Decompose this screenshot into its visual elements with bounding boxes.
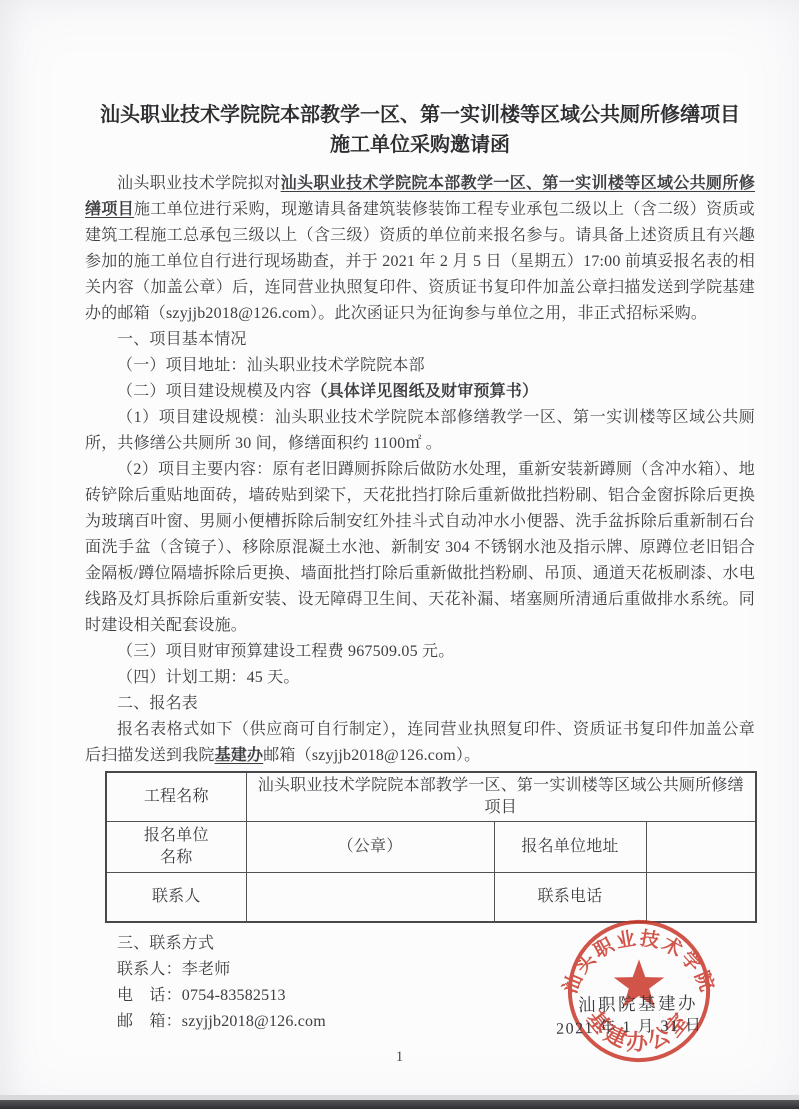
intro-rest: 施工单位进行采购，现邀请具备建筑装修装饰工程专业承包二级以上（含二级）资质或建筑… (85, 201, 755, 322)
intro-prefix: 汕头职业技术学院拟对 (117, 175, 281, 192)
project-name-label: 工程名称 (106, 772, 246, 822)
project-name-value: 汕头职业技术学院院本部教学一区、第一实训楼等区域公共厕所修缮项目 (246, 772, 756, 822)
section1-item-content: （2）项目主要内容：原有老旧蹲厕拆除后做防水处理，重新安装新蹲厕（含冲水箱）、地… (85, 457, 755, 639)
document-title-line2: 施工单位采购邀请函 (85, 130, 755, 160)
section2-heading: 二、报名表 (85, 691, 755, 717)
contact-person-label: 联系人 (106, 873, 246, 923)
section1-item-duration: （四）计划工期：45 天。 (85, 665, 755, 691)
company-seal-hint: （公章） (338, 838, 403, 855)
document-title-line1: 汕头职业技术学院院本部教学一区、第一实训楼等区域公共厕所修缮项目 (85, 100, 755, 130)
applicant-name-field[interactable]: （公章） (246, 822, 494, 873)
intro-paragraph: 汕头职业技术学院拟对汕头职业技术学院院本部教学一区、第一实训楼等区域公共厕所修缮… (85, 171, 755, 327)
table-row-applicant: 报名单位 名称 （公章） 报名单位地址 (106, 822, 756, 873)
document-body: 汕头职业技术学院拟对汕头职业技术学院院本部教学一区、第一实训楼等区域公共厕所修缮… (85, 171, 755, 1035)
section1-item-scope-prefix: （二）项目建设规模及内容 (117, 383, 311, 400)
page-number: 1 (0, 1049, 799, 1066)
seal-overlay-date: 2021 年 1 月 31 日 (556, 1012, 703, 1039)
applicant-name-label: 报名单位 名称 (106, 822, 246, 873)
applicant-name-label-line2: 名称 (111, 847, 242, 869)
contact-person-field[interactable] (246, 873, 494, 923)
document-title: 汕头职业技术学院院本部教学一区、第一实训楼等区域公共厕所修缮项目 施工单位采购邀… (85, 100, 755, 160)
section2-para-rest: 邮箱（szyjjb2018@126.com）。 (263, 747, 480, 764)
scan-bottom-edge-dark (0, 1100, 799, 1109)
section1-item-scope-bold: （具体详见图纸及财审预算书） (311, 383, 538, 400)
section1-heading: 一、项目基本情况 (85, 327, 755, 353)
applicant-address-label: 报名单位地址 (494, 822, 646, 873)
section1-item-address: （一）项目地址：汕头职业技术学院院本部 (85, 353, 755, 379)
applicant-name-label-line1: 报名单位 (111, 825, 242, 847)
section1-item-scope: （二）项目建设规模及内容（具体详见图纸及财审预算书） (85, 379, 755, 405)
section1-item-scale: （1）项目建设规模：汕头职业技术学院院本部修缮教学一区、第一实训楼等区域公共厕所… (85, 405, 755, 457)
applicant-address-field[interactable] (646, 822, 756, 873)
section2-paragraph: 报名表格式如下（供应商可自行制定），连同营业执照复印件、资质证书复印件加盖公章后… (85, 717, 755, 769)
table-row-project-name: 工程名称 汕头职业技术学院院本部教学一区、第一实训楼等区域公共厕所修缮项目 (106, 772, 756, 822)
section1-item-budget: （三）项目财审预算建设工程费 967509.05 元。 (85, 639, 755, 665)
signup-form-table: 工程名称 汕头职业技术学院院本部教学一区、第一实训楼等区域公共厕所修缮项目 报名… (105, 771, 757, 923)
document-content: 汕头职业技术学院院本部教学一区、第一实训楼等区域公共厕所修缮项目 施工单位采购邀… (85, 100, 755, 1035)
section2-para-underlined: 基建办 (215, 747, 264, 764)
scanned-document-page: 汕头职业技术学院院本部教学一区、第一实训楼等区域公共厕所修缮项目 施工单位采购邀… (0, 0, 799, 1109)
